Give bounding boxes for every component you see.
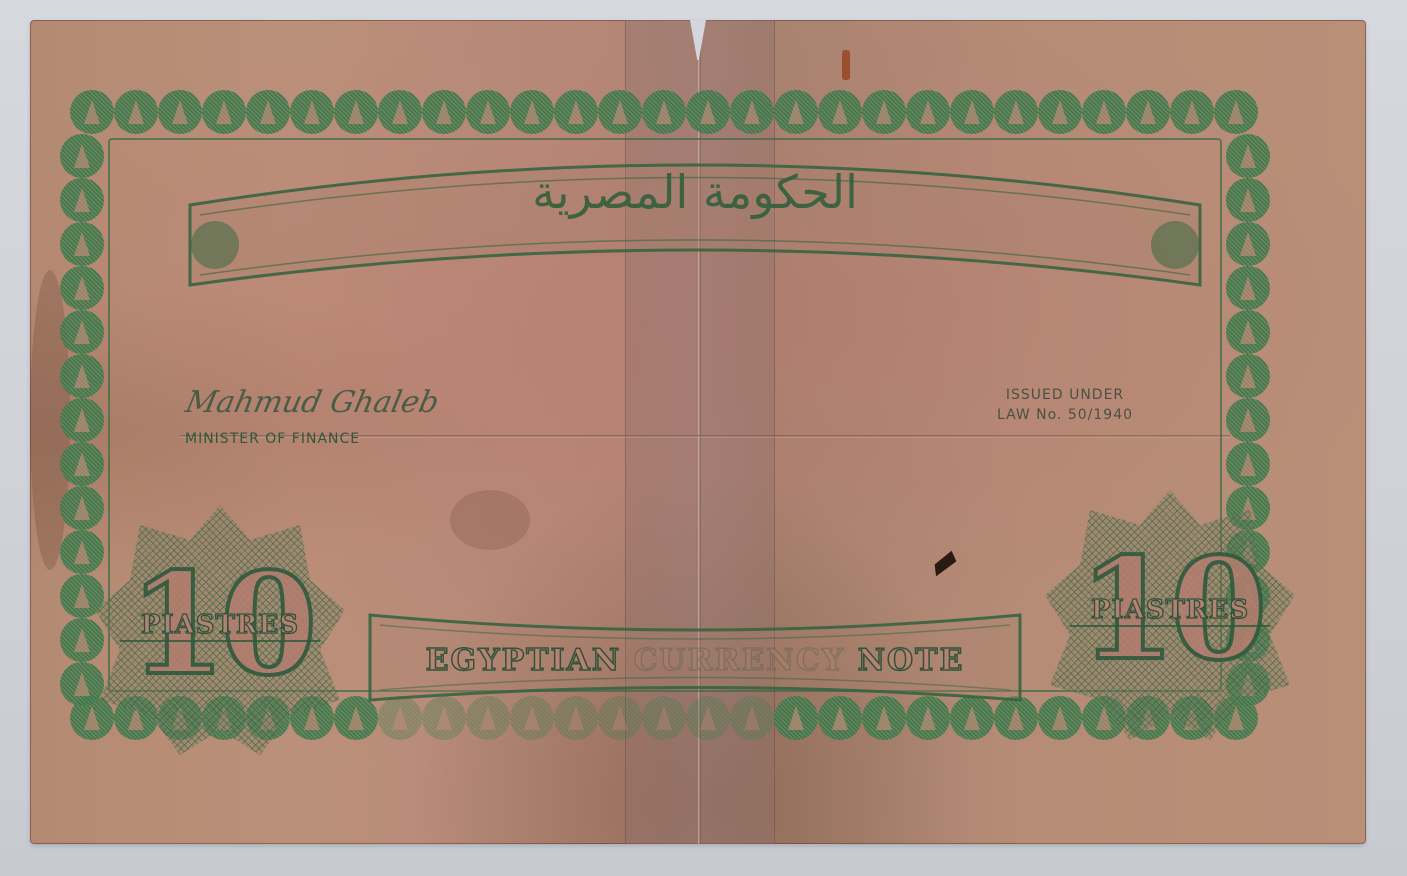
title-part-note: NOTE xyxy=(845,643,964,678)
law-line-2: LAW No. 50/1940 xyxy=(955,405,1175,425)
title-part-egyptian: EGYPTIAN xyxy=(426,643,634,678)
arabic-header-text: الحكومة المصرية xyxy=(170,165,1220,219)
arch-ribbon-shape xyxy=(170,135,1220,315)
rust-stain xyxy=(842,50,850,80)
frame-top-scallops xyxy=(70,90,1258,134)
denomination-unit: PIASTRES xyxy=(120,610,320,642)
signature-title: MINISTER OF FINANCE xyxy=(185,431,465,447)
issuance-law-block: ISSUED UNDER LAW No. 50/1940 xyxy=(955,385,1175,425)
denomination-left: 10 PIASTRES xyxy=(95,505,345,755)
denomination-right: 10 PIASTRES xyxy=(1045,490,1295,740)
signature-block: Mahmud Ghaleb MINISTER OF FINANCE xyxy=(185,385,465,447)
bottom-title-banner: EGYPTIAN CURRENCY NOTE xyxy=(365,605,1025,715)
title-part-currency: CURRENCY xyxy=(634,643,845,678)
law-line-1: ISSUED UNDER xyxy=(955,385,1175,405)
arabic-header-banner: الحكومة المصرية xyxy=(170,135,1220,315)
minister-signature: Mahmud Ghaleb xyxy=(180,385,470,431)
bottom-title-text: EGYPTIAN CURRENCY NOTE xyxy=(365,643,1025,678)
denomination-unit: PIASTRES xyxy=(1070,595,1270,627)
